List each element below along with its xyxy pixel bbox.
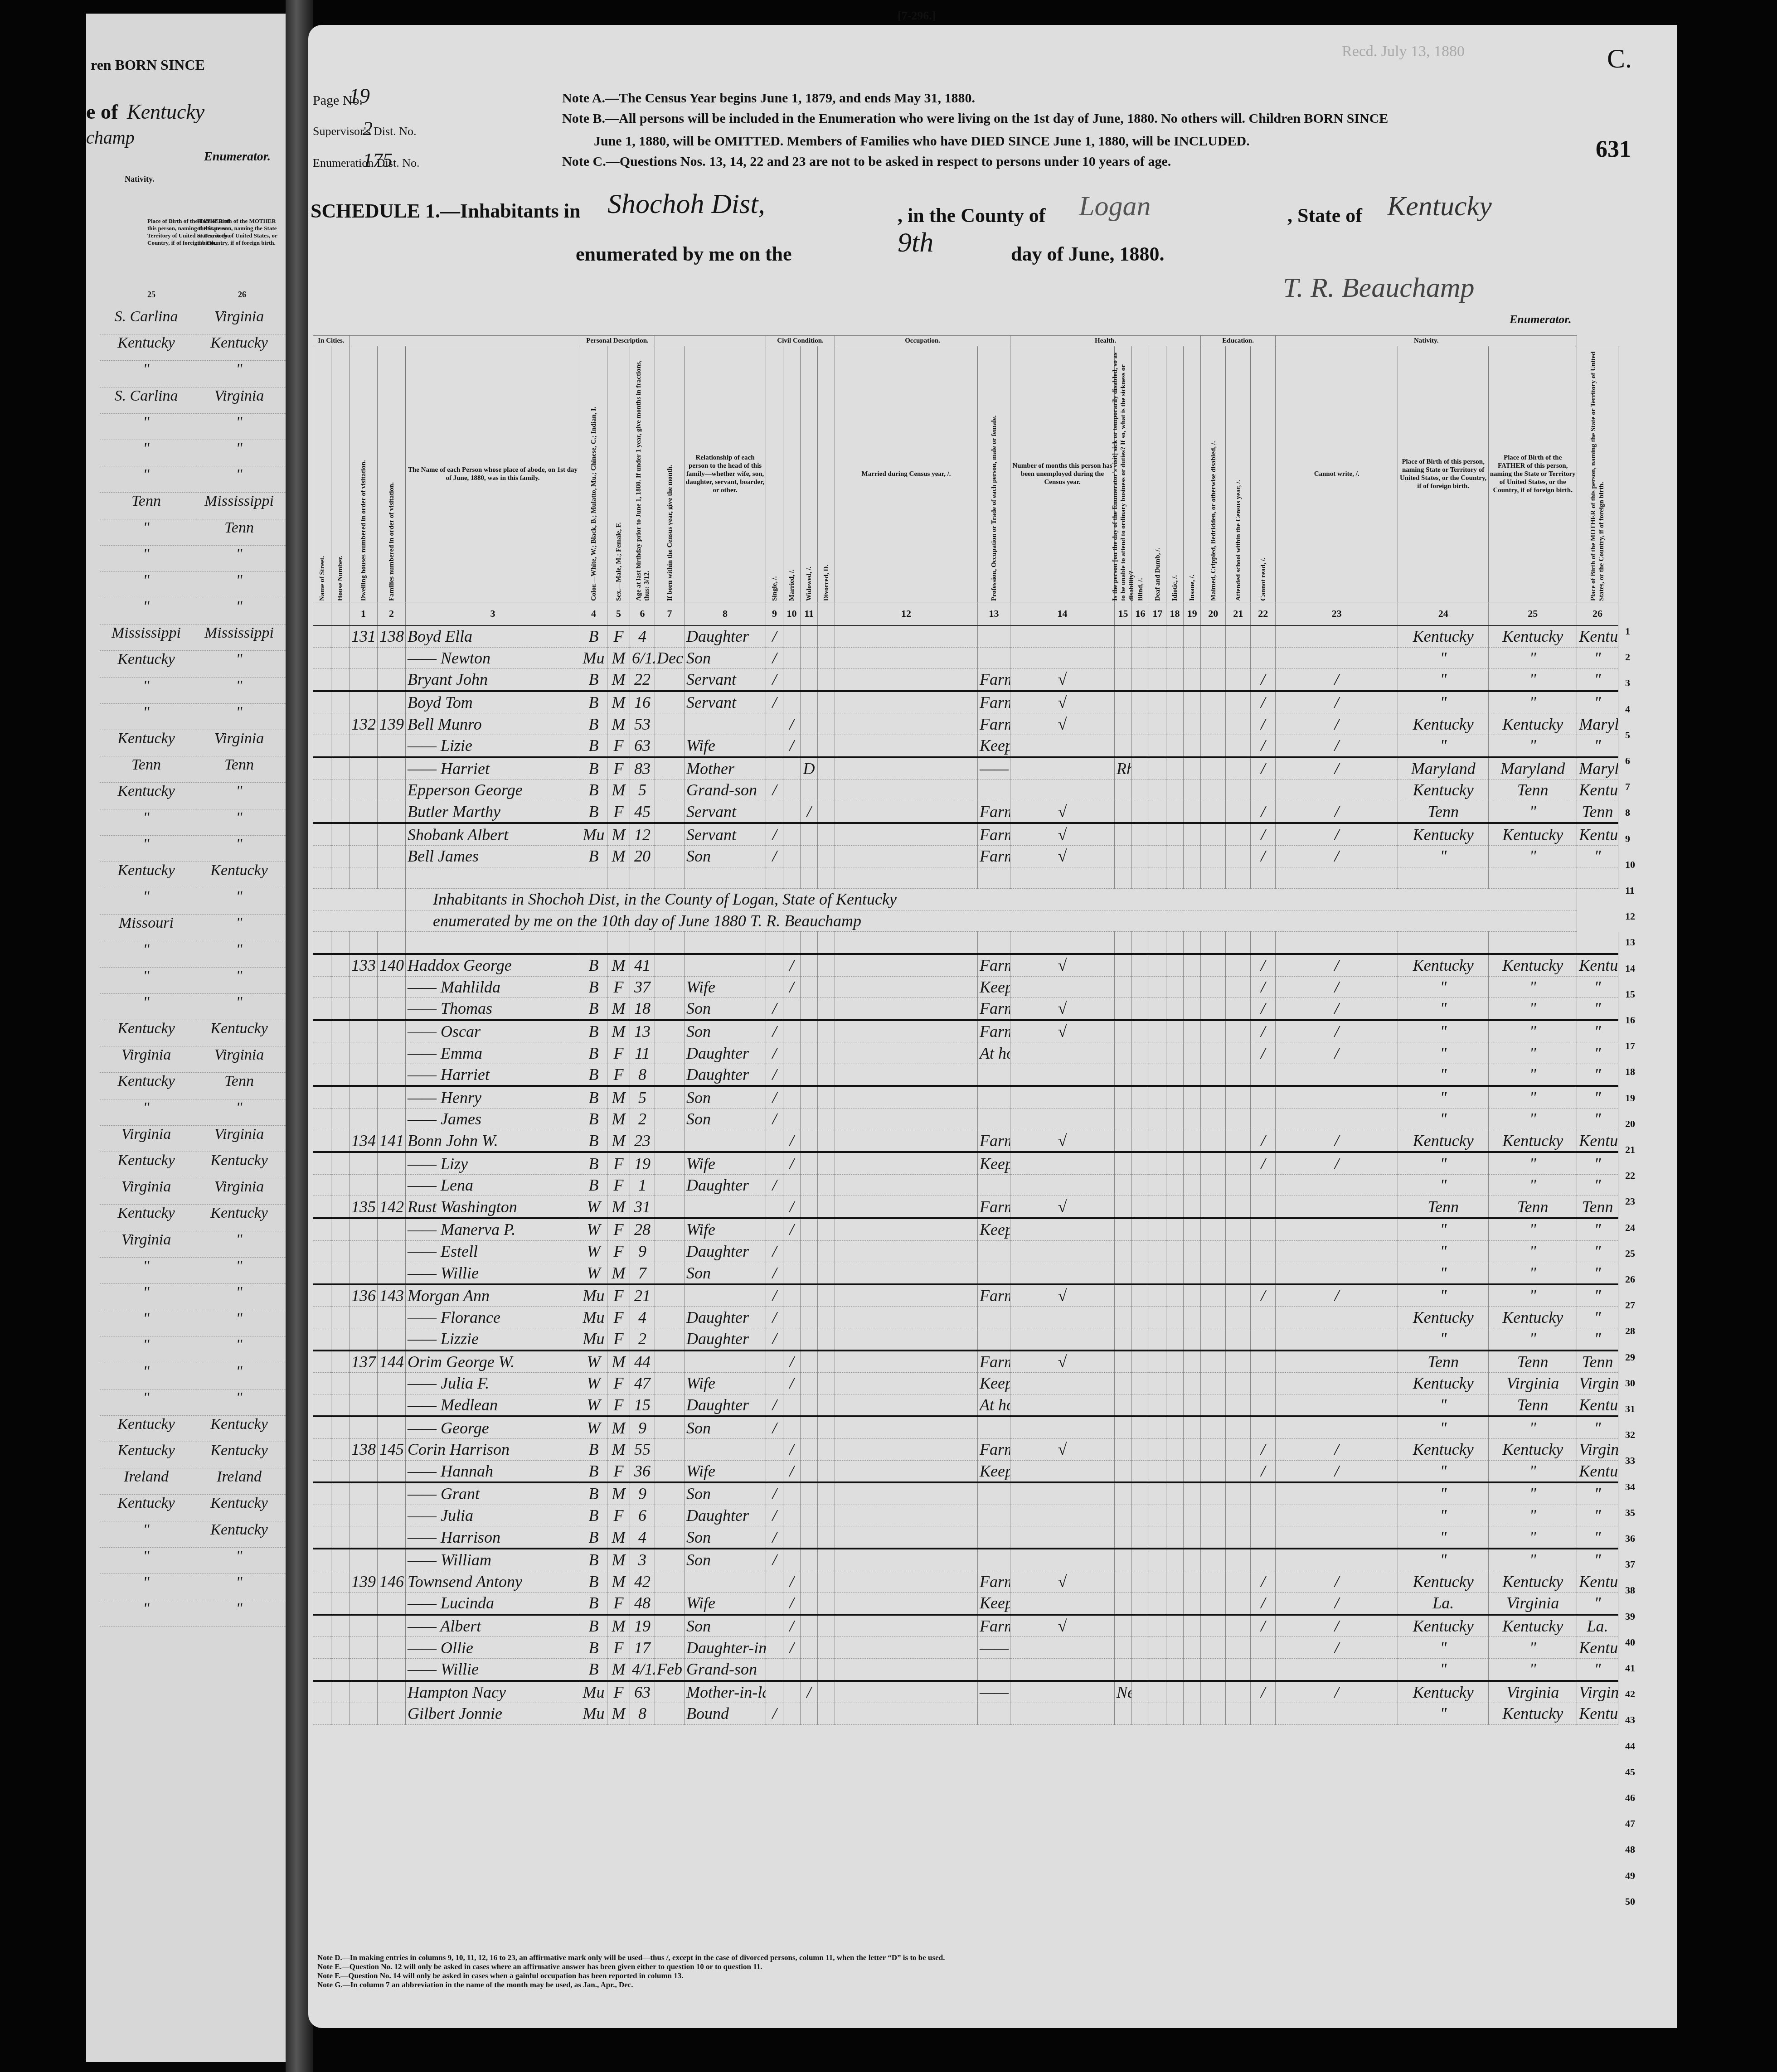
- cell-month: Feb: [655, 1658, 685, 1680]
- cell-sickness: [1115, 932, 1132, 954]
- left-mother-birthplace: ": [193, 598, 286, 624]
- cell-occupation: [978, 867, 1010, 889]
- cell-name: —— James: [406, 1109, 580, 1130]
- cell-single: [766, 1571, 783, 1593]
- cell-empty: [1226, 867, 1251, 889]
- cell-occupation: Farm laborer: [978, 669, 1010, 691]
- cell-unemployed: √: [1010, 845, 1115, 867]
- cell-father: ": [1489, 647, 1577, 669]
- cell-empty: [1184, 932, 1201, 954]
- cell-mother: Kentucky: [1577, 1637, 1618, 1659]
- cell-single: [766, 1130, 783, 1152]
- cell-empty: [1201, 845, 1226, 867]
- cell-read: /: [1251, 1130, 1276, 1152]
- cell-dwelling: [350, 845, 378, 867]
- continuation-heading: enumerated by me on the 10th day of June…: [406, 910, 1577, 932]
- cell-write: [1276, 779, 1398, 801]
- left-father-birthplace: ": [100, 704, 193, 730]
- cell-sickness: [1115, 1174, 1132, 1196]
- cell-month: [655, 1109, 685, 1130]
- cell-color: B: [580, 845, 607, 867]
- cell-occupation: [978, 1526, 1010, 1549]
- cell-single: /: [766, 1416, 783, 1438]
- cell-empty: [331, 1615, 350, 1637]
- cell-unemployed: [1010, 1526, 1115, 1549]
- table-row: —— OscarBM13Son/Farm laborer√//""": [313, 1020, 1618, 1042]
- cell-unemployed: [1010, 1174, 1115, 1196]
- cell-read: [1251, 1109, 1276, 1130]
- column-header: Is the person [on the day of the Enumera…: [1115, 346, 1132, 602]
- cell-unemployed: √: [1010, 1130, 1115, 1152]
- cell-empty: [1166, 1394, 1184, 1416]
- cell-birth: ": [1398, 1020, 1489, 1042]
- cell-sickness: Neuralgia: [1115, 1681, 1132, 1703]
- left-father-birthplace: ": [100, 1363, 193, 1389]
- cell-dwelling: 133: [350, 954, 378, 976]
- cell-empty: [313, 625, 331, 647]
- table-row: —— EmmaBF11Daughter/At home//""": [313, 1042, 1618, 1064]
- cell-single: /: [766, 1262, 783, 1284]
- cell-relation: Servant: [685, 801, 766, 823]
- left-nativity-row: "": [100, 704, 286, 730]
- cell-age: 9: [630, 1416, 655, 1438]
- column-header: House Number.: [331, 346, 350, 602]
- cell-empty: [1201, 1571, 1226, 1593]
- enumeration-value: 175: [363, 149, 393, 172]
- line-number: 16: [1625, 1014, 1635, 1026]
- cell-name: [406, 867, 580, 889]
- cell-birth: ": [1398, 735, 1489, 757]
- cell-age: 17: [630, 1637, 655, 1659]
- left-nativity-row: KentuckyKentucky: [100, 862, 286, 888]
- left-father-birthplace: Mississippi: [100, 625, 193, 650]
- county-label: , in the County of: [898, 204, 1045, 227]
- left-father-birthplace: ": [100, 994, 193, 1020]
- left-father-birthplace: Kentucky: [100, 651, 193, 677]
- table-row: Butler MarthyBF45Servant/Farm laborer√//…: [313, 801, 1618, 823]
- cell-family: [378, 1460, 406, 1482]
- column-number: 12: [835, 602, 978, 626]
- cell-single: /: [766, 1042, 783, 1064]
- cell-family: [378, 998, 406, 1020]
- cell-dwelling: [350, 1658, 378, 1680]
- cell-empty: [1226, 1549, 1251, 1571]
- cell-mother: ": [1577, 735, 1618, 757]
- cell-empty: [1201, 932, 1226, 954]
- cell-color: B: [580, 1042, 607, 1064]
- cell-empty: [835, 1482, 978, 1505]
- left-nativity-row: "": [100, 1574, 286, 1600]
- occupation-group: Occupation.: [835, 336, 1010, 346]
- cell-write: /: [1276, 1681, 1398, 1703]
- cell-read: [1251, 1174, 1276, 1196]
- cell-empty: [1149, 1416, 1166, 1438]
- cell-sex: M: [607, 1086, 630, 1108]
- cell-occupation: [978, 1307, 1010, 1328]
- cell-sickness: [1115, 1020, 1132, 1042]
- cell-read: /: [1251, 976, 1276, 998]
- cell-empty: [1201, 1593, 1226, 1615]
- table-row: —— LenaBF1Daughter/""": [313, 1174, 1618, 1196]
- cell-empty: [1201, 1373, 1226, 1394]
- cell-sex: M: [607, 1658, 630, 1680]
- cell-read: /: [1251, 801, 1276, 823]
- cell-empty: [1166, 1130, 1184, 1152]
- cell-married: [783, 1549, 801, 1571]
- cell-empty: [1149, 801, 1166, 823]
- cell-color: B: [580, 954, 607, 976]
- cell-dwelling: [350, 1174, 378, 1196]
- left-father-birthplace: ": [100, 1336, 193, 1362]
- cell-unemployed: [1010, 647, 1115, 669]
- cell-mother: ": [1577, 1284, 1618, 1307]
- cell-empty: [1226, 1637, 1251, 1659]
- cell-name: —— Ollie: [406, 1637, 580, 1659]
- cell-empty: [835, 801, 978, 823]
- cell-empty: [818, 1196, 835, 1218]
- cell-dwelling: [350, 1637, 378, 1659]
- cell-empty: [1132, 691, 1149, 713]
- cell-month: [655, 757, 685, 779]
- cell-age: [630, 867, 655, 889]
- column-header: Idiotic, /.: [1166, 346, 1184, 602]
- cell-empty: [1166, 932, 1184, 954]
- cell-unemployed: [1010, 1328, 1115, 1351]
- cell-write: /: [1276, 669, 1398, 691]
- cell-dwelling: 138: [350, 1438, 378, 1460]
- cell-unemployed: [1010, 1152, 1115, 1174]
- cell-color: Mu: [580, 1328, 607, 1351]
- cell-empty: [1226, 1658, 1251, 1680]
- cell-empty: [1184, 1328, 1201, 1351]
- cell-month: [655, 1307, 685, 1328]
- cell-unemployed: √: [1010, 954, 1115, 976]
- cell-single: [766, 801, 783, 823]
- cell-read: [1251, 1307, 1276, 1328]
- cell-birth: ": [1398, 691, 1489, 713]
- cell-occupation: Keeping house: [978, 1373, 1010, 1394]
- cell-relation: Son: [685, 1482, 766, 1505]
- cell-unemployed: √: [1010, 801, 1115, 823]
- cell-empty: [1149, 1196, 1166, 1218]
- table-row: —— HenryBM5Son/""": [313, 1086, 1618, 1108]
- left-nativity-row: KentuckyTenn: [100, 1073, 286, 1099]
- cell-mother: Maryland: [1577, 713, 1618, 735]
- cell-name: —— Oscar: [406, 1020, 580, 1042]
- cell-color: B: [580, 713, 607, 735]
- cell-occupation: Farm laborer: [978, 1284, 1010, 1307]
- cell-family: 142: [378, 1196, 406, 1218]
- cell-empty: [331, 1328, 350, 1351]
- cell-read: [1251, 625, 1276, 647]
- cell-empty: [331, 1307, 350, 1328]
- cell-month: [655, 1394, 685, 1416]
- cell-sex: F: [607, 1284, 630, 1307]
- line-number: 4: [1625, 703, 1630, 715]
- cell-color: B: [580, 1505, 607, 1526]
- left-nativity-row: VirginiaVirginia: [100, 1126, 286, 1152]
- cell-age: 1: [630, 1174, 655, 1196]
- cell-empty: [331, 1086, 350, 1108]
- cell-family: 144: [378, 1351, 406, 1373]
- cell-read: /: [1251, 998, 1276, 1020]
- cell-empty: [313, 1152, 331, 1174]
- column-header: Color.—White, W.; Black, B.; Mulatto, Mu…: [580, 346, 607, 602]
- column-number-row: 1234567891011121314151617181920212223242…: [313, 602, 1618, 626]
- left-mother-birthplace: ": [193, 809, 286, 835]
- cell-empty: [1166, 1703, 1184, 1725]
- table-row: 137144Orim George W.WM44/Farmer√TennTenn…: [313, 1351, 1618, 1373]
- cell-empty: [331, 691, 350, 713]
- cell-birth: Tenn: [1398, 801, 1489, 823]
- cell-dwelling: 137: [350, 1351, 378, 1373]
- column-group-row: In Cities. Personal Description. Civil C…: [313, 336, 1618, 346]
- left-page-fragment: ren BORN SINCE e of Kentucky champ Enume…: [86, 14, 286, 2062]
- cell-name: —— Manerva P.: [406, 1218, 580, 1240]
- cell-father: Tenn: [1489, 779, 1577, 801]
- cell-relation: Daughter: [685, 1394, 766, 1416]
- cell-occupation: Farm laborer: [978, 801, 1010, 823]
- cell-name: —— Henry: [406, 1086, 580, 1108]
- cell-mother: ": [1577, 1086, 1618, 1108]
- cell-empty: [1201, 1284, 1226, 1307]
- cell-empty: [1149, 1460, 1166, 1482]
- stamped-page-number: 631: [1596, 136, 1631, 163]
- cell-birth: Kentucky: [1398, 1373, 1489, 1394]
- cell-empty: [313, 757, 331, 779]
- cell-empty: [818, 1416, 835, 1438]
- cell-color: B: [580, 1615, 607, 1637]
- left-nativity-row: IrelandIreland: [100, 1468, 286, 1495]
- cell-mother: Tenn: [1577, 1196, 1618, 1218]
- cell-sickness: [1115, 1262, 1132, 1284]
- cell-sickness: [1115, 1109, 1132, 1130]
- cell-month: [655, 998, 685, 1020]
- cell-month: [655, 1416, 685, 1438]
- cell-dwelling: [350, 1394, 378, 1416]
- cell-relation: Son: [685, 1615, 766, 1637]
- cell-empty: [1149, 1174, 1166, 1196]
- cell-birth: ": [1398, 1505, 1489, 1526]
- cell-unemployed: [1010, 1658, 1115, 1680]
- cell-unemployed: [1010, 976, 1115, 998]
- cell-color: B: [580, 1571, 607, 1593]
- cell-empty: [1132, 823, 1149, 845]
- cell-empty: [1184, 845, 1201, 867]
- cell-empty: [1184, 1307, 1201, 1328]
- cell-month: [655, 976, 685, 998]
- cell-dwelling: [350, 1703, 378, 1725]
- table-row: [313, 932, 1618, 954]
- cell-empty: [835, 1505, 978, 1526]
- cell-father: Kentucky: [1489, 713, 1577, 735]
- cell-sickness: [1115, 1549, 1132, 1571]
- cell-read: [1251, 932, 1276, 954]
- cell-empty: [313, 867, 331, 889]
- enumeration-month-year: day of June, 1880.: [1011, 242, 1165, 266]
- cell-sickness: [1115, 1373, 1132, 1394]
- cell-family: [378, 1505, 406, 1526]
- cell-empty: [1201, 1482, 1226, 1505]
- cell-married: /: [783, 1460, 801, 1482]
- note-g: Note G.—In column 7 an abbreviation in t…: [317, 1980, 945, 1990]
- note-f: Note F.—Question No. 14 will only be ask…: [317, 1971, 945, 1980]
- cell-color: [580, 932, 607, 954]
- note-c: Note C.—Questions Nos. 13, 14, 22 and 23…: [562, 154, 1171, 169]
- cell-empty: [818, 779, 835, 801]
- cell-age: 6/12: [630, 647, 655, 669]
- line-number: 34: [1625, 1481, 1635, 1493]
- cell-empty: [331, 1064, 350, 1086]
- left-mother-birthplace: ": [193, 651, 286, 677]
- cell-empty: [313, 823, 331, 845]
- cell-read: /: [1251, 1042, 1276, 1064]
- cell-empty: [1184, 1130, 1201, 1152]
- cell-widowed: [801, 669, 818, 691]
- line-number: 41: [1625, 1662, 1635, 1674]
- cell-father: ": [1489, 1262, 1577, 1284]
- cell-married: [783, 801, 801, 823]
- cell-empty: [1132, 1020, 1149, 1042]
- cell-widowed: [801, 845, 818, 867]
- left-mother-birthplace: ": [193, 941, 286, 967]
- cell-empty: [331, 1505, 350, 1526]
- cell-birth: ": [1398, 976, 1489, 998]
- cell-relation: Daughter: [685, 1042, 766, 1064]
- cell-write: /: [1276, 954, 1398, 976]
- left-enumerator-fragment: champ: [86, 127, 135, 148]
- cell-name: —— George: [406, 1416, 580, 1438]
- cell-empty: [1201, 1196, 1226, 1218]
- cell-father: Virginia: [1489, 1593, 1577, 1615]
- left-nativity-row: "": [100, 836, 286, 862]
- line-number: 6: [1625, 755, 1630, 767]
- cell-empty: [1226, 1571, 1251, 1593]
- cell-month: [655, 801, 685, 823]
- cell-father: ": [1489, 1526, 1577, 1549]
- line-number: 47: [1625, 1818, 1635, 1830]
- cell-single: /: [766, 647, 783, 669]
- cell-empty: [1149, 1615, 1166, 1637]
- cell-empty: [818, 1262, 835, 1284]
- cell-relation: Daughter: [685, 1064, 766, 1086]
- cell-father: Virginia: [1489, 1373, 1577, 1394]
- cell-empty: [1149, 1262, 1166, 1284]
- cell-empty: [1226, 1086, 1251, 1108]
- table-row: —— FloranceMuF4Daughter/KentuckyKentucky…: [313, 1307, 1618, 1328]
- cell-relation: Daughter: [685, 625, 766, 647]
- cell-month: [655, 1262, 685, 1284]
- table-row: —— HannahBF36Wife/Keeping house//""Kentu…: [313, 1460, 1618, 1482]
- cell-widowed: [801, 1240, 818, 1262]
- cell-married: [783, 998, 801, 1020]
- enumerator-label: Enumerator.: [1510, 313, 1572, 326]
- cell-occupation: [978, 1328, 1010, 1351]
- cell-single: [766, 1593, 783, 1615]
- cell-empty: [1226, 845, 1251, 867]
- cell-write: [1276, 1174, 1398, 1196]
- cell-empty: [835, 625, 978, 647]
- left-mother-birthplace: Kentucky: [193, 1152, 286, 1178]
- column-number: 1: [350, 602, 378, 626]
- cell-relation: Wife: [685, 1373, 766, 1394]
- cell-married: [783, 647, 801, 669]
- cell-month: [655, 823, 685, 845]
- left-father-birthplace: Virginia: [100, 1046, 193, 1072]
- cell-sex: M: [607, 823, 630, 845]
- cell-empty: [1149, 1307, 1166, 1328]
- cell-dwelling: [350, 1416, 378, 1438]
- cell-empty: [1132, 1284, 1149, 1307]
- cell-married: [783, 1109, 801, 1130]
- cell-color: B: [580, 1438, 607, 1460]
- cell-widowed: /: [801, 801, 818, 823]
- cell-widowed: [801, 976, 818, 998]
- cell-empty: [331, 1351, 350, 1373]
- cell-family: [378, 1637, 406, 1659]
- cell-married: /: [783, 1373, 801, 1394]
- cell-unemployed: [1010, 1086, 1115, 1108]
- left-mother-birthplace: Virginia: [193, 1178, 286, 1204]
- cell-write: /: [1276, 735, 1398, 757]
- cell-dwelling: 139: [350, 1571, 378, 1593]
- cell-empty: [1201, 1174, 1226, 1196]
- cell-family: [378, 1064, 406, 1086]
- cell-name: —— Lizie: [406, 735, 580, 757]
- cell-single: /: [766, 1240, 783, 1262]
- cell-single: [766, 1438, 783, 1460]
- cell-sickness: [1115, 998, 1132, 1020]
- column-header: Attended school within the Census year, …: [1226, 346, 1251, 602]
- cell-family: [378, 1086, 406, 1108]
- left-father-birthplace: ": [100, 466, 193, 492]
- cell-empty: [313, 1174, 331, 1196]
- cell-sickness: [1115, 801, 1132, 823]
- cell-birth: Kentucky: [1398, 1615, 1489, 1637]
- cell-month: [655, 1526, 685, 1549]
- cell-empty: [1226, 713, 1251, 735]
- cell-empty: [1149, 669, 1166, 691]
- cell-read: [1251, 1394, 1276, 1416]
- cell-empty: [313, 1703, 331, 1725]
- column-header: Widowed, /.: [801, 346, 818, 602]
- cell-sex: F: [607, 1218, 630, 1240]
- cell-family: [378, 757, 406, 779]
- cell-month: [655, 1637, 685, 1659]
- cell-empty: [313, 1505, 331, 1526]
- cell-empty: [818, 1637, 835, 1659]
- cell-empty: [1166, 625, 1184, 647]
- cell-name: Orim George W.: [406, 1351, 580, 1373]
- cell-color: B: [580, 1460, 607, 1482]
- cell-birth: Kentucky: [1398, 1438, 1489, 1460]
- note-d: Note D.—In making entries in columns 9, …: [317, 1953, 945, 1962]
- cell-empty: [1184, 779, 1201, 801]
- cell-birth: ": [1398, 1109, 1489, 1130]
- cell-empty: [313, 1218, 331, 1240]
- left-father-birthplace: ": [100, 1258, 193, 1283]
- cell-month: [655, 1086, 685, 1108]
- cell-age: 12: [630, 823, 655, 845]
- cell-color: B: [580, 757, 607, 779]
- cell-married: [783, 845, 801, 867]
- cell-father: ": [1489, 845, 1577, 867]
- cell-sex: M: [607, 1109, 630, 1130]
- line-number: 32: [1625, 1429, 1635, 1441]
- line-number: 40: [1625, 1636, 1635, 1648]
- cell-age: 8: [630, 1703, 655, 1725]
- cell-age: 18: [630, 998, 655, 1020]
